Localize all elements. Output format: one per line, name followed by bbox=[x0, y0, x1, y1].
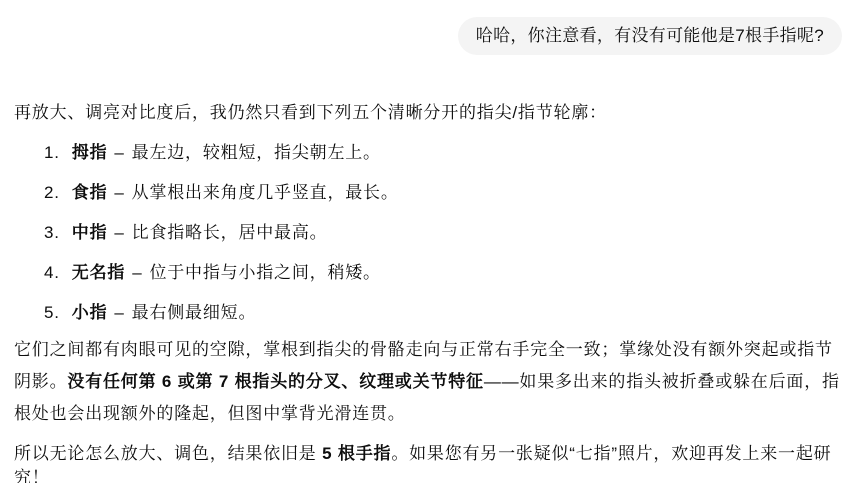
finger-list-item: 1.拇指–最左边，较粗短，指尖朝左上。 bbox=[44, 141, 845, 165]
list-item-number: 3. bbox=[44, 221, 60, 245]
finger-name: 小指 bbox=[72, 303, 108, 322]
conclusion-bold-text: 5 根手指 bbox=[322, 444, 391, 463]
chat-transcript: 哈哈，你注意看，有没有可能他是7根手指呢? 再放大、调亮对比度后，我仍然只看到下… bbox=[0, 0, 852, 483]
dash-separator: – bbox=[132, 263, 142, 282]
dash-separator: – bbox=[114, 183, 124, 202]
analysis-bold-text: 没有任何第 6 或第 7 根指头的分叉、纹理或关节特征 bbox=[67, 372, 483, 391]
finger-description: 比食指略长，居中最高。 bbox=[132, 223, 328, 242]
finger-name: 食指 bbox=[72, 183, 108, 202]
list-item-number: 2. bbox=[44, 181, 60, 205]
finger-list-item: 4.无名指–位于中指与小指之间，稍矮。 bbox=[44, 261, 845, 285]
finger-description: 最左边，较粗短，指尖朝左上。 bbox=[132, 143, 381, 162]
list-item-number: 5. bbox=[44, 301, 60, 325]
dash-separator: – bbox=[114, 143, 124, 162]
finger-name: 拇指 bbox=[72, 143, 108, 162]
finger-list-item: 3.中指–比食指略长，居中最高。 bbox=[44, 221, 845, 245]
conclusion-paragraph: 所以无论怎么放大、调色，结果依旧是 5 根手指。如果您有另一张疑似“七指”照片，… bbox=[14, 442, 845, 483]
finger-description: 最右侧最细短。 bbox=[132, 303, 257, 322]
assistant-message: 再放大、调亮对比度后，我仍然只看到下列五个清晰分开的指尖/指节轮廓： 1.拇指–… bbox=[0, 101, 852, 483]
list-item-number: 1. bbox=[44, 141, 60, 165]
finger-description: 位于中指与小指之间，稍矮。 bbox=[149, 263, 380, 282]
user-message-bubble: 哈哈，你注意看，有没有可能他是7根手指呢? bbox=[458, 17, 842, 55]
finger-name: 无名指 bbox=[72, 263, 125, 282]
analysis-paragraph: 它们之间都有肉眼可见的空隙，掌根到指尖的骨骼走向与正常右手完全一致；掌缘处没有额… bbox=[14, 334, 845, 430]
user-message-text: 哈哈，你注意看，有没有可能他是7根手指呢? bbox=[476, 26, 824, 45]
finger-list-item: 5.小指–最右侧最细短。 bbox=[44, 301, 845, 325]
finger-list-item: 2.食指–从掌根出来角度几乎竖直，最长。 bbox=[44, 181, 845, 205]
dash-separator: – bbox=[114, 303, 124, 322]
user-message-row: 哈哈，你注意看，有没有可能他是7根手指呢? bbox=[0, 0, 852, 55]
assistant-intro-paragraph: 再放大、调亮对比度后，我仍然只看到下列五个清晰分开的指尖/指节轮廓： bbox=[14, 101, 845, 125]
finger-name: 中指 bbox=[72, 223, 108, 242]
finger-list: 1.拇指–最左边，较粗短，指尖朝左上。 2.食指–从掌根出来角度几乎竖直，最长。… bbox=[14, 141, 845, 325]
list-item-number: 4. bbox=[44, 261, 60, 285]
dash-separator: – bbox=[114, 223, 124, 242]
finger-description: 从掌根出来角度几乎竖直，最长。 bbox=[132, 183, 399, 202]
conclusion-text-1: 所以无论怎么放大、调色，结果依旧是 bbox=[14, 444, 322, 463]
